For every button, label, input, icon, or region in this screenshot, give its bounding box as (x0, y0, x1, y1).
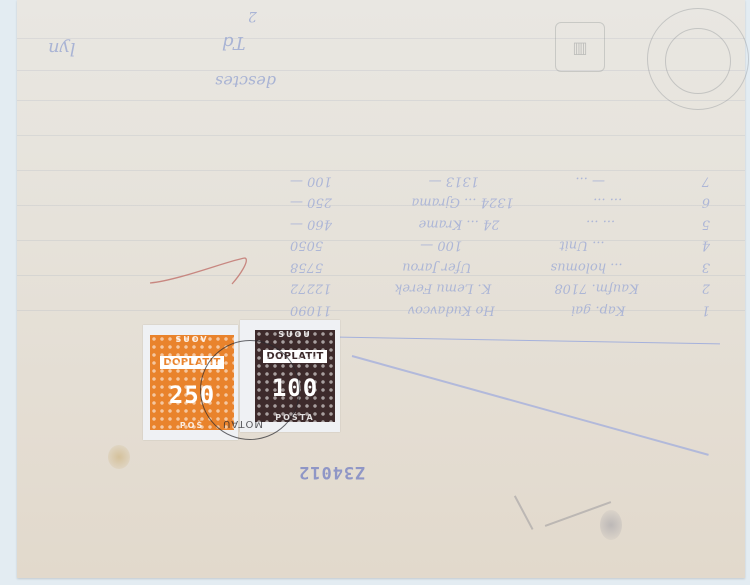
ledger-row: 6 ... ... 1324 ... Gjrama 250 — (290, 192, 710, 214)
red-pencil-mark (140, 250, 260, 300)
ruled-line (17, 38, 745, 39)
ledger-row: 7 — ... 1313 — 100 — (290, 170, 710, 192)
faded-box-mark: ▥ (555, 22, 605, 72)
annotation-center-bottom: desctes (215, 72, 276, 91)
stamp-top-text: SUOV (175, 335, 208, 344)
stamp-top-text: SUOU (278, 330, 312, 339)
postmark-text: MOTAU (222, 418, 263, 429)
serial-number: Z34012 (298, 462, 365, 482)
stamp-bottom-text: POŠ (180, 421, 204, 430)
ledger-row: 1 Kap. gai Ho Kudavcov 11090 (290, 299, 710, 321)
ledger-row: 5 ... ... 24 ... Krame 460 — (290, 213, 710, 235)
faded-round-postmark-inner (665, 28, 731, 94)
annotation-center-top: 2 (248, 8, 257, 24)
handwritten-ledger: 1 Kap. gai Ho Kudavcov 11090 2 Kaufm. 71… (290, 170, 710, 321)
ruled-line (17, 135, 745, 136)
stain (108, 445, 130, 469)
ledger-row: 3 ... holomus Ufer Jarou 5758 (290, 256, 710, 278)
ledger-row: 2 Kaufm. 7108 K. Lemu Ferek 12272 (290, 278, 710, 300)
ledger-row: 4 ... Unit 100 — 5050 (290, 235, 710, 257)
annotation-left: lyn (48, 38, 76, 59)
ruled-line (17, 100, 745, 101)
stain (600, 510, 622, 540)
ruled-line (17, 70, 745, 71)
annotation-center-mid: Td (222, 32, 246, 53)
